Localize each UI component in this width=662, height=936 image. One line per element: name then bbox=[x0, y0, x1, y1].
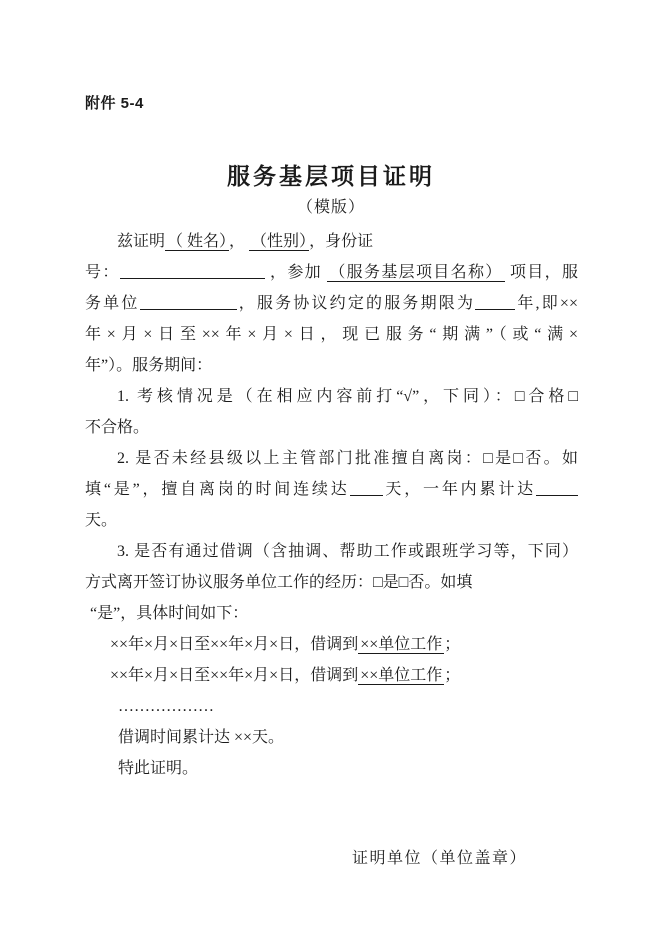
body-line: 不合格。 bbox=[85, 412, 578, 443]
text-segment: 方式离开签订协议服务单位工作的经历：□是□否。如填 bbox=[85, 574, 472, 591]
body-line: 填“是”，擅自离岗的时间连续达天，一年内累计达 bbox=[85, 474, 578, 505]
body-line: “是”，具体时间如下： bbox=[85, 598, 578, 629]
text-segment: ； bbox=[444, 667, 460, 684]
blank-underline bbox=[350, 479, 383, 496]
text-segment: 年×月×日至××年×月×日，现已服务“期满”（或“满× bbox=[85, 326, 578, 343]
text-segment: ××年×月×日至××年×月×日，借调到 bbox=[110, 636, 358, 653]
text-segment: 天，一年内累计达 bbox=[383, 481, 536, 498]
body-line: 借调时间累计达 ××天。 bbox=[85, 722, 578, 753]
body-line: 特此证明。 bbox=[85, 753, 578, 784]
text-segment: ……………… bbox=[118, 698, 214, 715]
text-segment: 项目，服 bbox=[505, 264, 578, 281]
document-page: 附件 5-4 服务基层项目证明 （模版） 兹证明（ 姓名）， （性别），身份证号… bbox=[0, 0, 662, 936]
body-line: 3. 是否有通过借调（含抽调、帮助工作或跟班学习等，下同） bbox=[85, 536, 578, 567]
text-segment: 1. 考核情况是（在相应内容前打“√”，下同）：□合格□ bbox=[117, 388, 578, 405]
body-line: ××年×月×日至××年×月×日，借调到××单位工作； bbox=[85, 629, 578, 660]
text-segment: 务单位 bbox=[85, 295, 140, 312]
text-segment: ，身份证 bbox=[309, 233, 373, 250]
blank-underline bbox=[536, 479, 578, 496]
document-body: 兹证明（ 姓名）， （性别），身份证号： ，参加 （服务基层项目名称） 项目，服… bbox=[85, 226, 578, 784]
text-segment: 兹证明 bbox=[117, 233, 165, 250]
text-segment: 填“是”，擅自离岗的时间连续达 bbox=[85, 481, 350, 498]
underlined-text: （服务基层项目名称） bbox=[327, 264, 504, 282]
text-segment: 特此证明。 bbox=[118, 760, 198, 777]
text-segment: 号： bbox=[85, 264, 120, 281]
text-segment: 天。 bbox=[85, 512, 117, 529]
text-segment: ，服务协议约定的服务期限为 bbox=[237, 295, 476, 312]
body-line: 务单位，服务协议约定的服务期限为年,即×× bbox=[85, 288, 578, 319]
text-segment: 借调时间累计达 ××天。 bbox=[118, 729, 284, 746]
body-line: 2. 是否未经县级以上主管部门批准擅自离岗：□是□否。如 bbox=[85, 443, 578, 474]
blank-underline bbox=[140, 293, 237, 310]
body-line: 方式离开签订协议服务单位工作的经历：□是□否。如填 bbox=[85, 567, 578, 598]
document-subtitle: （模版） bbox=[0, 194, 662, 217]
document-title: 服务基层项目证明 bbox=[0, 158, 662, 191]
underlined-text: ××单位工作 bbox=[358, 636, 444, 654]
attachment-label: 附件 5-4 bbox=[85, 92, 144, 113]
body-line: 年”）。服务期间： bbox=[85, 350, 578, 381]
text-segment: ， bbox=[229, 233, 249, 250]
body-line: 号： ，参加 （服务基层项目名称） 项目，服 bbox=[85, 257, 578, 288]
body-line: 年×月×日至××年×月×日，现已服务“期满”（或“满× bbox=[85, 319, 578, 350]
blank-underline bbox=[475, 293, 515, 310]
text-segment: 2. 是否未经县级以上主管部门批准擅自离岗：□是□否。如 bbox=[117, 450, 578, 467]
body-line: 兹证明（ 姓名）， （性别），身份证 bbox=[85, 226, 578, 257]
text-segment: 3. 是否有通过借调（含抽调、帮助工作或跟班学习等，下同） bbox=[117, 543, 578, 560]
body-line: ××年×月×日至××年×月×日，借调到××单位工作； bbox=[85, 660, 578, 691]
text-segment: 年,即×× bbox=[515, 295, 578, 312]
body-line: 1. 考核情况是（在相应内容前打“√”，下同）：□合格□ bbox=[85, 381, 578, 412]
body-line: 天。 bbox=[85, 505, 578, 536]
text-segment: 不合格。 bbox=[85, 419, 149, 436]
body-line: ……………… bbox=[85, 691, 578, 722]
underlined-text: （ 姓名） bbox=[165, 233, 229, 251]
underlined-text: ××单位工作 bbox=[358, 667, 444, 685]
text-segment: ，参加 bbox=[265, 264, 328, 281]
signature-unit-label: 证明单位（单位盖章） bbox=[352, 845, 527, 868]
text-segment: ××年×月×日至××年×月×日，借调到 bbox=[110, 667, 358, 684]
text-segment: ； bbox=[444, 636, 460, 653]
text-segment: “是”，具体时间如下： bbox=[90, 605, 248, 622]
underlined-text: （性别） bbox=[249, 233, 309, 251]
blank-underline bbox=[120, 262, 265, 279]
text-segment: 年”）。服务期间： bbox=[85, 357, 212, 374]
